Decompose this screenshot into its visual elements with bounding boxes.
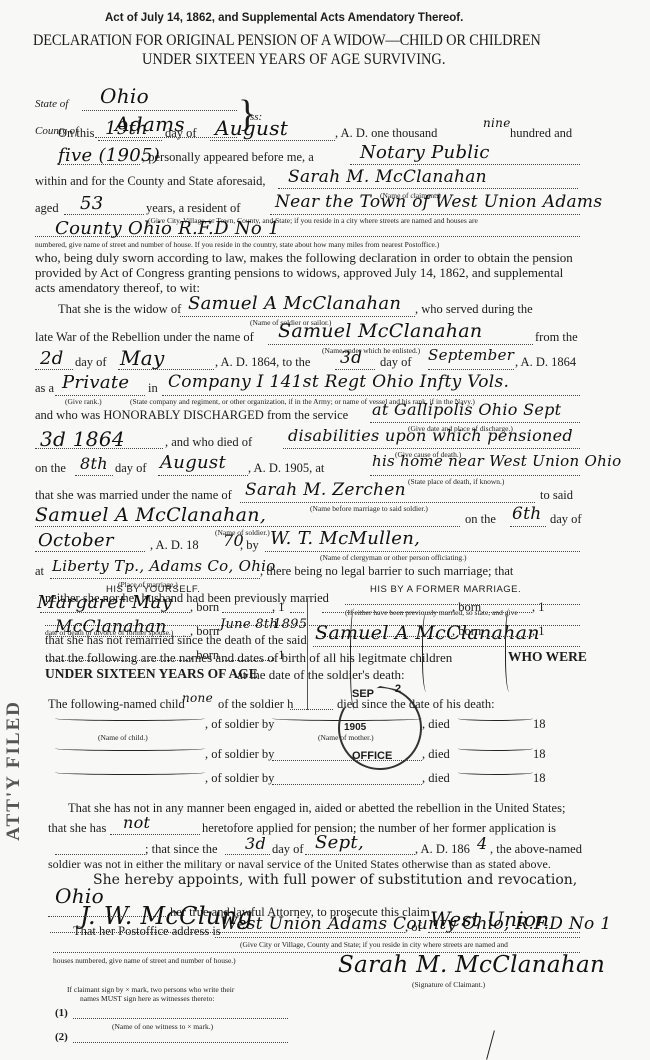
text: on the bbox=[35, 461, 66, 476]
marriage-day-value: 6th bbox=[512, 504, 542, 524]
text: , A. D. 1864, to the bbox=[215, 355, 310, 370]
text: , 1 bbox=[272, 600, 285, 615]
stamp-month: SEP bbox=[352, 688, 374, 700]
text: provided by Act of Congress granting pen… bbox=[35, 265, 563, 281]
text: , born bbox=[190, 600, 219, 615]
text: , of soldier by bbox=[205, 771, 274, 786]
text: , died bbox=[422, 717, 450, 732]
text: , 1 bbox=[532, 600, 545, 615]
text: that she was married under the name of bbox=[35, 488, 232, 503]
text: The following-named child bbox=[48, 697, 185, 712]
applied-value: not bbox=[123, 813, 150, 832]
text: , A. D. 1905, at bbox=[248, 461, 324, 476]
strike-mark bbox=[458, 716, 533, 721]
text: , 1 bbox=[272, 648, 285, 663]
text: 18 bbox=[533, 771, 546, 786]
strike-mark bbox=[458, 746, 533, 751]
caption: (State place of death, if known.) bbox=[408, 477, 504, 486]
strike-mark bbox=[55, 716, 205, 721]
text: , died bbox=[422, 747, 450, 762]
caption: (Name of clergyman or other person offic… bbox=[320, 553, 467, 562]
month-value: August bbox=[215, 116, 288, 140]
text: in bbox=[148, 381, 158, 396]
state-value: Ohio bbox=[100, 84, 149, 108]
residence-value-2: County Ohio R.F.D No 1 bbox=[55, 218, 280, 239]
text: WHO WERE bbox=[508, 649, 587, 665]
text: , and who died of bbox=[165, 435, 252, 450]
text: On this bbox=[58, 126, 94, 141]
text: day of bbox=[380, 355, 412, 370]
strike-mark bbox=[422, 612, 433, 692]
enlist-day-value: 2d bbox=[40, 348, 64, 369]
text: , of soldier by bbox=[205, 717, 274, 732]
text: , born bbox=[452, 624, 481, 639]
strike-mark bbox=[458, 770, 533, 775]
text: soldier was not in either the military o… bbox=[48, 857, 551, 872]
text: , born bbox=[452, 600, 481, 615]
text: , A. D. one thousand bbox=[335, 126, 437, 141]
text: , personally appeared before me, a bbox=[142, 150, 314, 165]
day-value: 19th bbox=[105, 118, 148, 139]
strike-mark bbox=[505, 608, 516, 692]
discharge-month-value: September bbox=[428, 346, 514, 364]
marriage-month-value: October bbox=[38, 530, 114, 551]
age-value: 53 bbox=[80, 193, 104, 214]
enlisted-name-value: Samuel McClanahan bbox=[278, 320, 482, 342]
death-place-value: his home near West Union Ohio bbox=[372, 452, 622, 470]
text: day of bbox=[272, 842, 304, 857]
strike-mark bbox=[55, 770, 205, 775]
officiant-value: W. T. McMullen, bbox=[270, 528, 420, 549]
caption: (Give City or Village, County and State;… bbox=[240, 940, 508, 949]
text: That she is the widow of bbox=[58, 302, 181, 317]
text: ; that since the bbox=[145, 842, 218, 857]
text: day of bbox=[165, 126, 197, 141]
stamp-office: OFFICE bbox=[352, 750, 392, 762]
company-value: Company I 141st Regt Ohio Infty Vols. bbox=[168, 372, 509, 392]
since-month-value: Sept, bbox=[315, 832, 364, 853]
witness-2-label: (2) bbox=[55, 1031, 68, 1043]
officer-value: Notary Public bbox=[360, 142, 490, 163]
death-month-value: August bbox=[160, 452, 226, 473]
rank-value: Private bbox=[62, 372, 129, 393]
strike-mark bbox=[55, 746, 205, 751]
stamp-day: 2 bbox=[395, 683, 401, 695]
text: That her Postoffice address is bbox=[73, 924, 221, 939]
child-born: June 8th bbox=[220, 617, 278, 632]
claimant-value: Sarah M. McClanahan bbox=[288, 167, 487, 187]
stamp-year: 1905 bbox=[344, 722, 366, 733]
child-name: McClanahan bbox=[55, 617, 167, 637]
caption: numbered, give name of street and number… bbox=[35, 240, 439, 249]
text: day of bbox=[75, 355, 107, 370]
caption: (Give rank.) bbox=[65, 397, 102, 406]
former-marriage-header: HIS BY A FORMER MARRIAGE. bbox=[370, 584, 521, 595]
text: , died bbox=[422, 771, 450, 786]
text: If claimant sign by × mark, two persons … bbox=[67, 985, 234, 994]
text: from the bbox=[535, 330, 578, 345]
discharge-place-value: at Gallipolis Ohio Sept bbox=[372, 400, 561, 419]
death-cause-value: disabilities upon which pensioned bbox=[288, 426, 573, 445]
marriage-place-value: Liberty Tp., Adams Co, Ohio bbox=[52, 557, 276, 575]
text: who, being duly sworn according to law, … bbox=[35, 250, 573, 266]
text: aged bbox=[35, 201, 59, 216]
child-year: 1895 bbox=[273, 617, 307, 632]
text: hundred and bbox=[510, 126, 572, 141]
text: acts amendatory thereof, to wit: bbox=[35, 280, 200, 296]
caption: (Name under which he enlisted.) bbox=[322, 346, 420, 355]
text: as a bbox=[35, 381, 54, 396]
text: day of bbox=[550, 512, 582, 527]
text: late War of the Rebellion under the name… bbox=[35, 330, 254, 345]
pension-declaration-form: Act of July 14, 1862, and Supplemental A… bbox=[0, 0, 650, 1060]
text: years, a resident of bbox=[146, 201, 240, 216]
since-year-value: 4 bbox=[477, 834, 487, 853]
nine-value: nine bbox=[483, 116, 511, 130]
form-title-line1: DECLARATION FOR ORIGINAL PENSION OF A WI… bbox=[33, 32, 541, 50]
text: , A. D. 186 bbox=[415, 842, 470, 857]
text: , the above-named bbox=[490, 842, 582, 857]
text: , born bbox=[190, 624, 219, 639]
text: , A. D. 18 bbox=[150, 538, 199, 553]
caption: (Name of one witness to × mark.) bbox=[112, 1022, 213, 1031]
text: at bbox=[35, 564, 44, 579]
text: on the bbox=[465, 512, 496, 527]
discharge-date-value: 3d 1864 bbox=[40, 427, 125, 451]
text: within and for the County and State afor… bbox=[35, 174, 266, 189]
text: UNDER SIXTEEN YEARS OF AGE bbox=[45, 666, 258, 682]
child-name: Margaret May bbox=[37, 592, 172, 613]
caption: (Name of child.) bbox=[98, 733, 148, 742]
claimant-signature: Sarah M. McClanahan bbox=[338, 952, 605, 978]
text: , born bbox=[190, 648, 219, 663]
residence-value-1: Near the Town of West Union Adams bbox=[275, 192, 602, 212]
since-day-value: 3d bbox=[245, 834, 266, 853]
enlist-month-value: May bbox=[120, 346, 165, 370]
text: and who was HONORABLY DISCHARGED from th… bbox=[35, 408, 348, 423]
text: , of soldier by bbox=[205, 747, 274, 762]
form-title-line2: UNDER SIXTEEN YEARS OF AGE SURVIVING. bbox=[142, 51, 445, 69]
text: 18 bbox=[533, 717, 546, 732]
text: that the following are the names and dat… bbox=[45, 650, 452, 666]
text: of the soldier h bbox=[218, 697, 293, 712]
caption: (Name before marriage to said soldier.) bbox=[310, 504, 428, 513]
discharge-day-value: 3d bbox=[340, 348, 362, 368]
text: day of bbox=[115, 461, 147, 476]
column-divider bbox=[307, 598, 308, 710]
soldier-name-value: Samuel A McClanahan bbox=[188, 293, 401, 314]
text: , A. D. 1864 bbox=[515, 355, 576, 370]
witness-1-label: (1) bbox=[55, 1007, 68, 1019]
atty-filed-stamp: ATT'Y FILED bbox=[3, 700, 25, 841]
text: , there being no legal barrier to such m… bbox=[260, 564, 513, 579]
caption: houses numbered, give name of street and… bbox=[53, 956, 236, 965]
text: 18 bbox=[533, 747, 546, 762]
state-label: State of bbox=[35, 98, 68, 110]
text: to said bbox=[540, 488, 573, 503]
text: at the date of the soldier's death: bbox=[237, 667, 405, 683]
death-day-value: 8th bbox=[80, 454, 108, 473]
text: that she has bbox=[48, 821, 106, 836]
caption: (Signature of Claimant.) bbox=[412, 980, 485, 989]
act-reference: Act of July 14, 1862, and Supplemental A… bbox=[105, 12, 463, 24]
text: , who served during the bbox=[415, 302, 533, 317]
pen-mark bbox=[486, 1030, 495, 1059]
text: , by bbox=[240, 538, 259, 553]
text: She hereby appoints, with full power of … bbox=[93, 872, 577, 888]
maiden-name-value: Sarah M. Zerchen bbox=[245, 480, 406, 500]
text: , 1 bbox=[532, 624, 545, 639]
text: names MUST sign here as witnesses theret… bbox=[80, 994, 214, 1003]
postoffice-value: West Union Adams County Ohio, R.F.D No 1 bbox=[220, 914, 611, 934]
marriage-soldier-value: Samuel A McClanahan, bbox=[35, 504, 266, 526]
attorney-state-value: Ohio bbox=[55, 884, 104, 908]
deceased-child-value: none bbox=[182, 691, 213, 705]
